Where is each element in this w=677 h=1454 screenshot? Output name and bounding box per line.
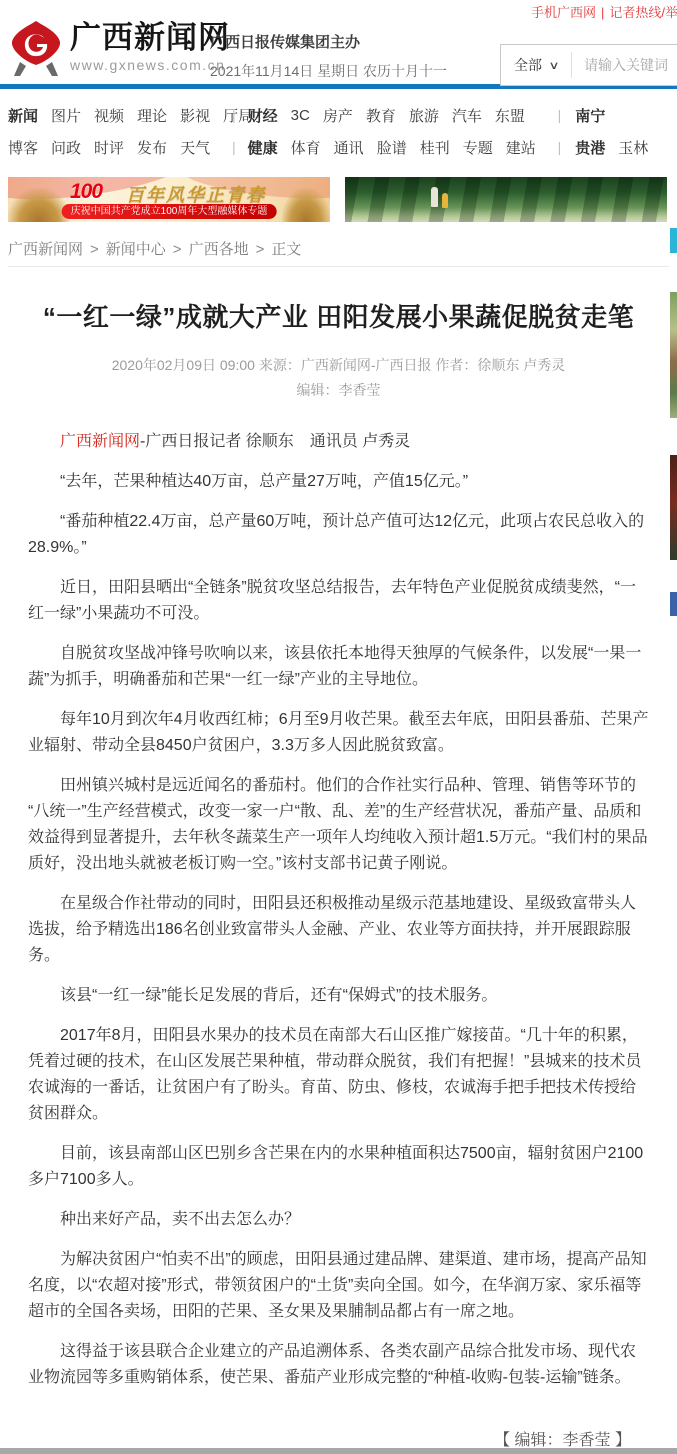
header-host-info: 广西日报传媒集团主办 2021年11月14日 星期日 农历十月十一: [210, 31, 447, 81]
sidebar-fragment: [670, 228, 677, 253]
search-box: 全部 ∨: [500, 44, 677, 86]
article-paragraph: 目前，该县南部山区巴别乡含芒果在内的水果种植面积达7500亩，辐射贫困户2100…: [28, 1141, 649, 1193]
breadcrumb: 广西新闻网>新闻中心>广西各地>正文: [0, 222, 677, 266]
nav-row-2: 博客问政时评发布天气|健康体育通讯脸谱桂刊专题建站|贵港玉林: [8, 131, 677, 163]
article: “一红一绿”成就大产业 田阳发展小果蔬促脱贫走笔 2020年02月09日 09:…: [0, 297, 677, 1450]
article-paragraph: 近日，田阳县晒出“全链条”脱贫攻坚总结报告，去年特色产业促脱贫成绩斐然，“一红一…: [28, 575, 649, 627]
nav-item-博客[interactable]: 博客: [8, 137, 38, 158]
nav-item-视频[interactable]: 视频: [94, 105, 124, 126]
banner-statue-decor: [282, 188, 330, 222]
site-name: 广西新闻网: [70, 20, 230, 56]
nav-item-3C[interactable]: 3C: [291, 107, 310, 124]
site-logo[interactable]: 广西新闻网 www.gxnews.com.cn: [8, 20, 230, 78]
article-meta: 2020年02月09日 09:00 来源：广西新闻网-广西日报 作者：徐顺东 卢…: [28, 353, 649, 403]
article-body: 广西新闻网-广西日报记者 徐顺东 通讯员 卢秀灵 “去年，芒果种植达40万亩，总…: [28, 429, 649, 1391]
article-paragraph: 田州镇兴城村是远近闻名的番茄村。他们的合作社实行品种、管理、销售等环节的“八统一…: [28, 773, 649, 877]
article-paragraph: 每年10月到次年4月收西红柿；6月至9月收芒果。截至去年底，田阳县番茄、芒果产业…: [28, 707, 649, 759]
site-logo-icon: [8, 20, 64, 78]
footer-bar: [0, 1448, 677, 1454]
breadcrumb-separator: >: [90, 241, 99, 258]
breadcrumb-item-4: 正文: [271, 241, 301, 258]
article-paragraph: 该县“一红一绿”能长足发展的背后，还有“保姆式”的技术服务。: [28, 983, 649, 1009]
article-paragraph: 在星级合作社带动的同时，田阳县还积极推动星级示范基地建设、星级致富带头人选拔，给…: [28, 891, 649, 969]
breadcrumb-divider: [8, 266, 669, 267]
nav-item-图片[interactable]: 图片: [51, 105, 81, 126]
nav-segment: 新闻图片视频理论影视厅局: [8, 105, 232, 126]
nav-item-理论[interactable]: 理论: [137, 105, 167, 126]
nav-segment: 财经3C房产教育旅游汽车东盟: [236, 105, 558, 126]
sidebar-fragment: [670, 292, 677, 418]
site-url: www.gxnews.com.cn: [70, 57, 230, 73]
nav-item-体育[interactable]: 体育: [291, 137, 321, 158]
nav-item-南宁[interactable]: 南宁: [575, 105, 605, 126]
nav-segment: 南宁: [561, 105, 605, 126]
breadcrumb-item-3[interactable]: 广西各地: [189, 241, 249, 258]
page-title: “一红一绿”成就大产业 田阳发展小果蔬促脱贫走笔: [28, 297, 649, 334]
nav-row-1: 新闻图片视频理论影视厅局|财经3C房产教育旅游汽车东盟|南宁: [8, 99, 677, 131]
chevron-down-icon: ∨: [548, 59, 559, 72]
article-paragraph: 这得益于该县联合企业建立的产品追溯体系、各类农副产品综合批发市场、现代农业物流园…: [28, 1339, 649, 1391]
nav-item-汽车[interactable]: 汽车: [452, 105, 482, 126]
nav-item-桂刊[interactable]: 桂刊: [420, 137, 450, 158]
nav-segment: 健康体育通讯脸谱桂刊专题建站: [236, 137, 558, 158]
nav-item-时评[interactable]: 时评: [94, 137, 124, 158]
nav-item-影视[interactable]: 影视: [180, 105, 210, 126]
breadcrumb-item-1[interactable]: 广西新闻网: [8, 241, 83, 258]
banner-strip: 100 百年风华正青春 庆祝中国共产党成立100周年大型融媒体专题: [0, 169, 677, 222]
article-paragraph: 为解决贫困户“怕卖不出”的顾虑，田阳县通过建品牌、建渠道、建市场，提高产品知名度…: [28, 1247, 649, 1325]
breadcrumb-item-2[interactable]: 新闻中心: [106, 241, 166, 258]
nav-item-玉林[interactable]: 玉林: [618, 137, 648, 158]
byline-rest: -广西日报记者 徐顺东 通讯员 卢秀灵: [140, 433, 410, 450]
nav-item-健康[interactable]: 健康: [248, 137, 278, 158]
article-paragraph: 2017年8月，田阳县水果办的技术员在南部大石山区推广嫁接苗。“几十年的积累，凭…: [28, 1023, 649, 1127]
nav-item-脸谱[interactable]: 脸谱: [377, 137, 407, 158]
banner-photo-foliage: [345, 177, 667, 222]
banner-photo-child-figure: [442, 193, 448, 208]
search-category-select[interactable]: 全部 ∨: [501, 45, 571, 85]
breadcrumb-separator: >: [256, 241, 265, 258]
nav-item-财经[interactable]: 财经: [248, 105, 278, 126]
nav-item-通讯[interactable]: 通讯: [334, 137, 364, 158]
nav-segment: 博客问政时评发布天气: [8, 137, 232, 158]
search-input[interactable]: [572, 57, 677, 73]
topbar: 手机广西网|记者热线/举报: [0, 0, 677, 18]
organizer-label: 广西日报传媒集团主办: [210, 31, 447, 52]
article-meta-line1: 2020年02月09日 09:00 来源：广西新闻网-广西日报 作者：徐顺东 卢…: [28, 353, 649, 378]
nav-item-东盟[interactable]: 东盟: [495, 105, 525, 126]
site-header: 广西新闻网 www.gxnews.com.cn 广西日报传媒集团主办 2021年…: [0, 18, 677, 84]
page: 手机广西网|记者热线/举报 广西新闻网 www.gxnews.com.cn 广西…: [0, 0, 677, 1454]
nav-item-专题[interactable]: 专题: [463, 137, 493, 158]
article-byline: 广西新闻网-广西日报记者 徐顺东 通讯员 卢秀灵: [28, 429, 649, 455]
banner-photo[interactable]: [345, 177, 667, 222]
banner-photo-adult-figure: [431, 187, 438, 207]
breadcrumb-separator: >: [173, 241, 182, 258]
site-logo-text: 广西新闻网 www.gxnews.com.cn: [70, 20, 230, 73]
nav-segment: 贵港玉林: [561, 137, 648, 158]
sidebar-fragment: [670, 592, 677, 616]
editor-note: 【 编辑：李香莹 】: [28, 1405, 649, 1450]
nav-item-旅游[interactable]: 旅游: [409, 105, 439, 126]
search-category-value: 全部: [514, 55, 542, 75]
article-paragraph: “去年，芒果种植达40万亩，总产量27万吨，产值15亿元。”: [28, 469, 649, 495]
nav-item-教育[interactable]: 教育: [366, 105, 396, 126]
banner-caption: 庆祝中国共产党成立100周年大型融媒体专题: [62, 204, 277, 219]
banner-statue-decor: [8, 188, 70, 222]
article-paragraphs: “去年，芒果种植达40万亩，总产量27万吨，产值15亿元。”“番茄种植22.4万…: [28, 469, 649, 1391]
nav-item-房产[interactable]: 房产: [323, 105, 353, 126]
article-meta-line2: 编辑：李香莹: [28, 378, 649, 403]
sidebar-fragment: [670, 455, 677, 560]
nav-item-建站[interactable]: 建站: [506, 137, 536, 158]
byline-source-link[interactable]: 广西新闻网: [60, 433, 140, 450]
banner-party-100th[interactable]: 100 百年风华正青春 庆祝中国共产党成立100周年大型融媒体专题: [8, 177, 330, 222]
main-nav: 新闻图片视频理论影视厅局|财经3C房产教育旅游汽车东盟|南宁 博客问政时评发布天…: [0, 89, 677, 169]
article-paragraph: 种出来好产品，卖不出去怎么办？: [28, 1207, 649, 1233]
nav-item-贵港[interactable]: 贵港: [575, 137, 605, 158]
article-paragraph: 自脱贫攻坚战冲锋号吹响以来，该县依托本地得天独厚的气候条件，以发展“一果一蔬”为…: [28, 641, 649, 693]
nav-item-新闻[interactable]: 新闻: [8, 105, 38, 126]
nav-item-问政[interactable]: 问政: [51, 137, 81, 158]
nav-item-发布[interactable]: 发布: [137, 137, 167, 158]
nav-item-天气[interactable]: 天气: [180, 137, 210, 158]
date-line: 2021年11月14日 星期日 农历十月十一: [210, 61, 447, 81]
banner-100-badge: 100: [70, 180, 102, 204]
article-paragraph: “番茄种植22.4万亩，总产量60万吨，预计总产值可达12亿元，此项占农民总收入…: [28, 509, 649, 561]
